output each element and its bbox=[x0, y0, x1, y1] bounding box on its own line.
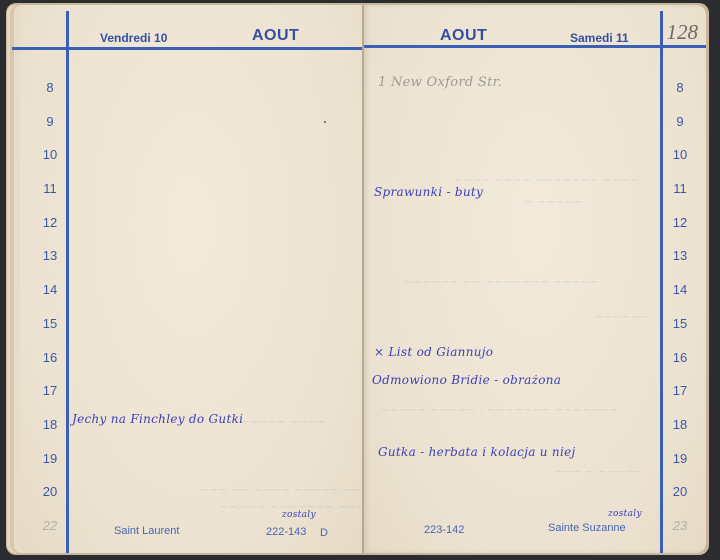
handwritten-entry-8: 1 New Oxford Str. bbox=[378, 75, 502, 90]
hour-label: 8 bbox=[665, 71, 695, 105]
right-day-count: 223-142 bbox=[424, 524, 464, 536]
handwritten-entry-17: Odmowiono Bridie - obrażona bbox=[372, 373, 561, 387]
hour-label: 9 bbox=[665, 105, 695, 139]
footer-annotation: zostaly bbox=[282, 510, 316, 520]
right-month-label: AOUT bbox=[440, 27, 487, 45]
right-page: AOUT Samedi 11 128 8 9 10 11 12 13 14 15… bbox=[364, 5, 706, 553]
hour-label-faint: 22 bbox=[35, 509, 65, 543]
handwritten-entry-19: Gutka - herbata i kolacja u niej bbox=[378, 445, 576, 459]
hour-label: 20 bbox=[35, 475, 65, 509]
hour-label: 11 bbox=[665, 172, 695, 206]
hour-label: 10 bbox=[665, 138, 695, 172]
hour-label: 13 bbox=[665, 239, 695, 273]
left-page: Vendredi 10 AOUT 8 9 10 11 12 13 14 15 1… bbox=[20, 5, 363, 553]
left-saint-name: Saint Laurent bbox=[114, 525, 179, 537]
hour-label: 16 bbox=[35, 341, 65, 375]
bleedthrough-text: ~~~~~ ~~~~ bbox=[240, 415, 326, 428]
right-header-rule bbox=[364, 45, 706, 48]
bleedthrough-text: ~~~~~~ ~~ ~~~~~~~ ~~~~~ bbox=[404, 275, 599, 288]
hour-label: 17 bbox=[35, 374, 65, 408]
hour-label: 14 bbox=[35, 273, 65, 307]
left-header-rule bbox=[12, 47, 363, 50]
hour-label: 12 bbox=[35, 206, 65, 240]
footer-annotation: zostaly bbox=[608, 509, 642, 519]
handwritten-entry-18: Jechy na Finchley do Gutki bbox=[72, 412, 243, 426]
page-number: 128 bbox=[667, 20, 699, 45]
left-day-label: Vendredi 10 bbox=[100, 31, 167, 45]
hour-label: 16 bbox=[665, 341, 695, 375]
hour-label: 10 bbox=[35, 138, 65, 172]
hour-label: 18 bbox=[665, 408, 695, 442]
hour-label: 8 bbox=[35, 71, 65, 105]
hour-label: 20 bbox=[665, 475, 695, 509]
hour-label: 18 bbox=[35, 408, 65, 442]
bleedthrough-text: ~~~~~~ bbox=[594, 310, 649, 323]
handwritten-entry-11: Sprawunki - buty bbox=[374, 185, 483, 199]
hour-label: 15 bbox=[665, 307, 695, 341]
hour-label: 9 bbox=[35, 105, 65, 139]
hour-label: 14 bbox=[665, 273, 695, 307]
moon-phase-symbol: D bbox=[320, 527, 328, 539]
right-saint-name: Sainte Suzanne bbox=[548, 522, 626, 534]
left-day-count: 222-143 bbox=[266, 526, 306, 538]
right-day-label: Samedi 11 bbox=[570, 31, 629, 45]
bleedthrough-text: ~ ~~~~~ bbox=[524, 195, 583, 208]
left-hours-column: 8 9 10 11 12 13 14 15 16 17 18 19 20 22 bbox=[35, 71, 65, 543]
hour-label: 19 bbox=[665, 442, 695, 476]
right-hour-divider bbox=[660, 11, 663, 553]
left-hour-divider bbox=[66, 11, 69, 553]
bleedthrough-text: ~~~ ~ ~~~~~ bbox=[554, 465, 644, 478]
hour-label-faint: 23 bbox=[665, 509, 695, 543]
bleedthrough-text: ~~~~~ ~~~~~ - ~~~~~~~ ~~~~~~~ bbox=[380, 403, 619, 416]
hour-label: 17 bbox=[665, 374, 695, 408]
handwritten-entry-16: × List od Giannujo bbox=[374, 345, 493, 359]
hour-label: 11 bbox=[35, 172, 65, 206]
hour-label: 15 bbox=[35, 307, 65, 341]
hour-label: 12 bbox=[665, 206, 695, 240]
hour-label: 13 bbox=[35, 239, 65, 273]
bleedthrough-text: ~~~ ~~ ~~~~ ~~~~~ ~~~ bbox=[200, 483, 371, 496]
diary-book: Vendredi 10 AOUT 8 9 10 11 12 13 14 15 1… bbox=[6, 3, 709, 555]
left-month-label: AOUT bbox=[252, 27, 299, 45]
bleedthrough-text: ~~~~ ~~~~ ~~~~~~~ ~~~~ bbox=[454, 173, 640, 186]
right-hours-column: 8 9 10 11 12 13 14 15 16 17 18 19 20 23 bbox=[665, 71, 695, 543]
hour-label: 19 bbox=[35, 442, 65, 476]
ink-speck bbox=[324, 121, 326, 123]
